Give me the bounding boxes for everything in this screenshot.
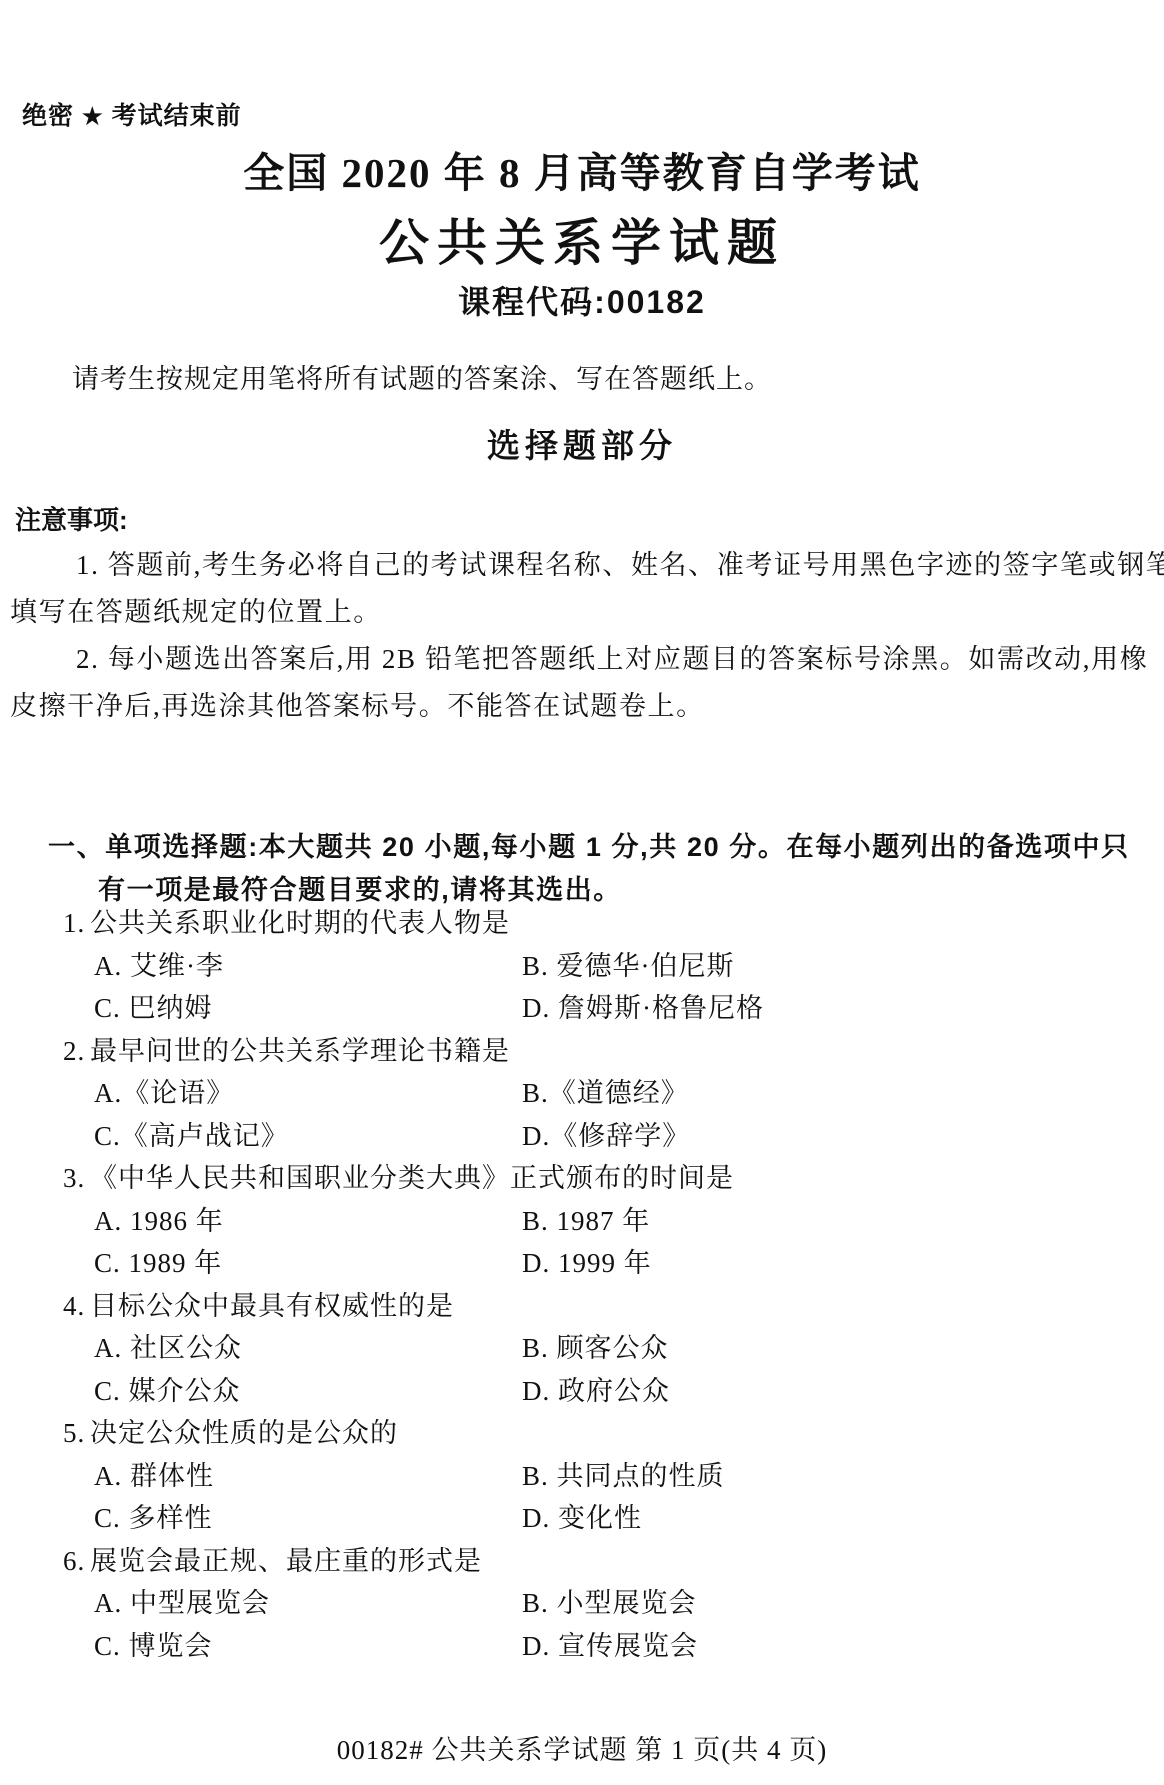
question-stem-text: 决定公众性质的是公众的 [90, 1418, 398, 1448]
option-c: C. 博览会 [94, 1625, 522, 1668]
question-4: 4.目标公众中最具有权威性的是 A. 社区公众 B. 顾客公众 C. 媒介公众 … [0, 1285, 1164, 1413]
option-b: B. 爱德华·伯尼斯 [522, 945, 1164, 988]
section-heading-line-1: 一、单项选择题:本大题共 20 小题,每小题 1 分,共 20 分。在每小题列出… [48, 825, 1130, 864]
answer-sheet-instruction: 请考生按规定用笔将所有试题的答案涂、写在答题纸上。 [72, 357, 772, 396]
question-options: A.《论语》 B.《道德经》 C.《高卢战记》 D.《修辞学》 [0, 1072, 1164, 1157]
option-d: D. 宣传展览会 [522, 1625, 1164, 1668]
option-b: B. 顾客公众 [522, 1327, 1164, 1370]
question-options: A. 艾维·李 B. 爱德华·伯尼斯 C. 巴纳姆 D. 詹姆斯·格鲁尼格 [0, 945, 1164, 1030]
option-b: B. 1987 年 [522, 1200, 1164, 1243]
option-d: D. 政府公众 [522, 1370, 1164, 1413]
option-b: B. 共同点的性质 [522, 1455, 1164, 1498]
exam-title: 全国 2020 年 8 月高等教育自学考试 [0, 140, 1164, 199]
note-1-line-2: 填写在答题纸规定的位置上。 [10, 590, 382, 629]
option-c: C. 多样性 [94, 1497, 522, 1540]
exam-paper-page: 绝密★考试结束前 全国 2020 年 8 月高等教育自学考试 公共关系学试题 课… [0, 0, 1164, 1785]
option-c: C. 巴纳姆 [94, 987, 522, 1030]
option-c: C.《高卢战记》 [94, 1115, 522, 1158]
question-list: 1.公共关系职业化时期的代表人物是 A. 艾维·李 B. 爱德华·伯尼斯 C. … [0, 902, 1164, 1667]
note-2-line-1: 2. 每小题选出答案后,用 2B 铅笔把答题纸上对应题目的答案标号涂黑。如需改动… [76, 637, 1148, 676]
classification-level: 绝密 [22, 102, 74, 130]
option-a: A. 中型展览会 [94, 1582, 522, 1625]
page-footer: 00182# 公共关系学试题 第 1 页(共 4 页) [0, 1728, 1164, 1767]
note-1-line-1: 1. 答题前,考生务必将自己的考试课程名称、姓名、准考证号用黑色字迹的签字笔或钢… [76, 543, 1164, 582]
star-icon: ★ [74, 103, 112, 129]
question-options: A. 群体性 B. 共同点的性质 C. 多样性 D. 变化性 [0, 1455, 1164, 1540]
paper-title: 公共关系学试题 [0, 203, 1164, 275]
question-stem-text: 展览会最正规、最庄重的形式是 [90, 1546, 482, 1576]
question-number: 4. [63, 1285, 90, 1328]
option-c: C. 媒介公众 [94, 1370, 522, 1413]
question-number: 5. [63, 1412, 90, 1455]
note-2-line-2: 皮擦干净后,再选涂其他答案标号。不能答在试题卷上。 [10, 684, 705, 723]
classification-note: 考试结束前 [112, 102, 242, 130]
option-a: A.《论语》 [94, 1072, 522, 1115]
question-options: A. 1986 年 B. 1987 年 C. 1989 年 D. 1999 年 [0, 1200, 1164, 1285]
option-d: D. 詹姆斯·格鲁尼格 [522, 987, 1164, 1030]
question-stem: 3.《中华人民共和国职业分类大典》正式颁布的时间是 [0, 1157, 1164, 1200]
option-d: D. 变化性 [522, 1497, 1164, 1540]
option-d: D. 1999 年 [522, 1242, 1164, 1285]
notes-title: 注意事项: [15, 500, 128, 537]
classification-banner: 绝密★考试结束前 [22, 96, 242, 132]
question-stem-text: 公共关系职业化时期的代表人物是 [90, 908, 510, 938]
course-code: 课程代码:00182 [0, 277, 1164, 323]
question-stem-text: 最早问世的公共关系学理论书籍是 [90, 1036, 510, 1066]
question-6: 6.展览会最正规、最庄重的形式是 A. 中型展览会 B. 小型展览会 C. 博览… [0, 1540, 1164, 1668]
question-stem-text: 目标公众中最具有权威性的是 [90, 1291, 454, 1321]
question-options: A. 中型展览会 B. 小型展览会 C. 博览会 D. 宣传展览会 [0, 1582, 1164, 1667]
question-stem: 6.展览会最正规、最庄重的形式是 [0, 1540, 1164, 1583]
question-2: 2.最早问世的公共关系学理论书籍是 A.《论语》 B.《道德经》 C.《高卢战记… [0, 1030, 1164, 1158]
question-1: 1.公共关系职业化时期的代表人物是 A. 艾维·李 B. 爱德华·伯尼斯 C. … [0, 902, 1164, 1030]
option-c: C. 1989 年 [94, 1242, 522, 1285]
question-number: 6. [63, 1540, 90, 1583]
question-stem: 4.目标公众中最具有权威性的是 [0, 1285, 1164, 1328]
option-a: A. 群体性 [94, 1455, 522, 1498]
question-number: 3. [63, 1157, 90, 1200]
part-title: 选择题部分 [0, 420, 1164, 467]
question-options: A. 社区公众 B. 顾客公众 C. 媒介公众 D. 政府公众 [0, 1327, 1164, 1412]
question-5: 5.决定公众性质的是公众的 A. 群体性 B. 共同点的性质 C. 多样性 D.… [0, 1412, 1164, 1540]
question-stem: 5.决定公众性质的是公众的 [0, 1412, 1164, 1455]
question-3: 3.《中华人民共和国职业分类大典》正式颁布的时间是 A. 1986 年 B. 1… [0, 1157, 1164, 1285]
question-stem: 1.公共关系职业化时期的代表人物是 [0, 902, 1164, 945]
option-a: A. 艾维·李 [94, 945, 522, 988]
question-stem-text: 《中华人民共和国职业分类大典》正式颁布的时间是 [90, 1163, 734, 1193]
option-b: B.《道德经》 [522, 1072, 1164, 1115]
option-b: B. 小型展览会 [522, 1582, 1164, 1625]
option-a: A. 1986 年 [94, 1200, 522, 1243]
question-stem: 2.最早问世的公共关系学理论书籍是 [0, 1030, 1164, 1073]
question-number: 1. [63, 902, 90, 945]
option-d: D.《修辞学》 [522, 1115, 1164, 1158]
question-number: 2. [63, 1030, 90, 1073]
option-a: A. 社区公众 [94, 1327, 522, 1370]
